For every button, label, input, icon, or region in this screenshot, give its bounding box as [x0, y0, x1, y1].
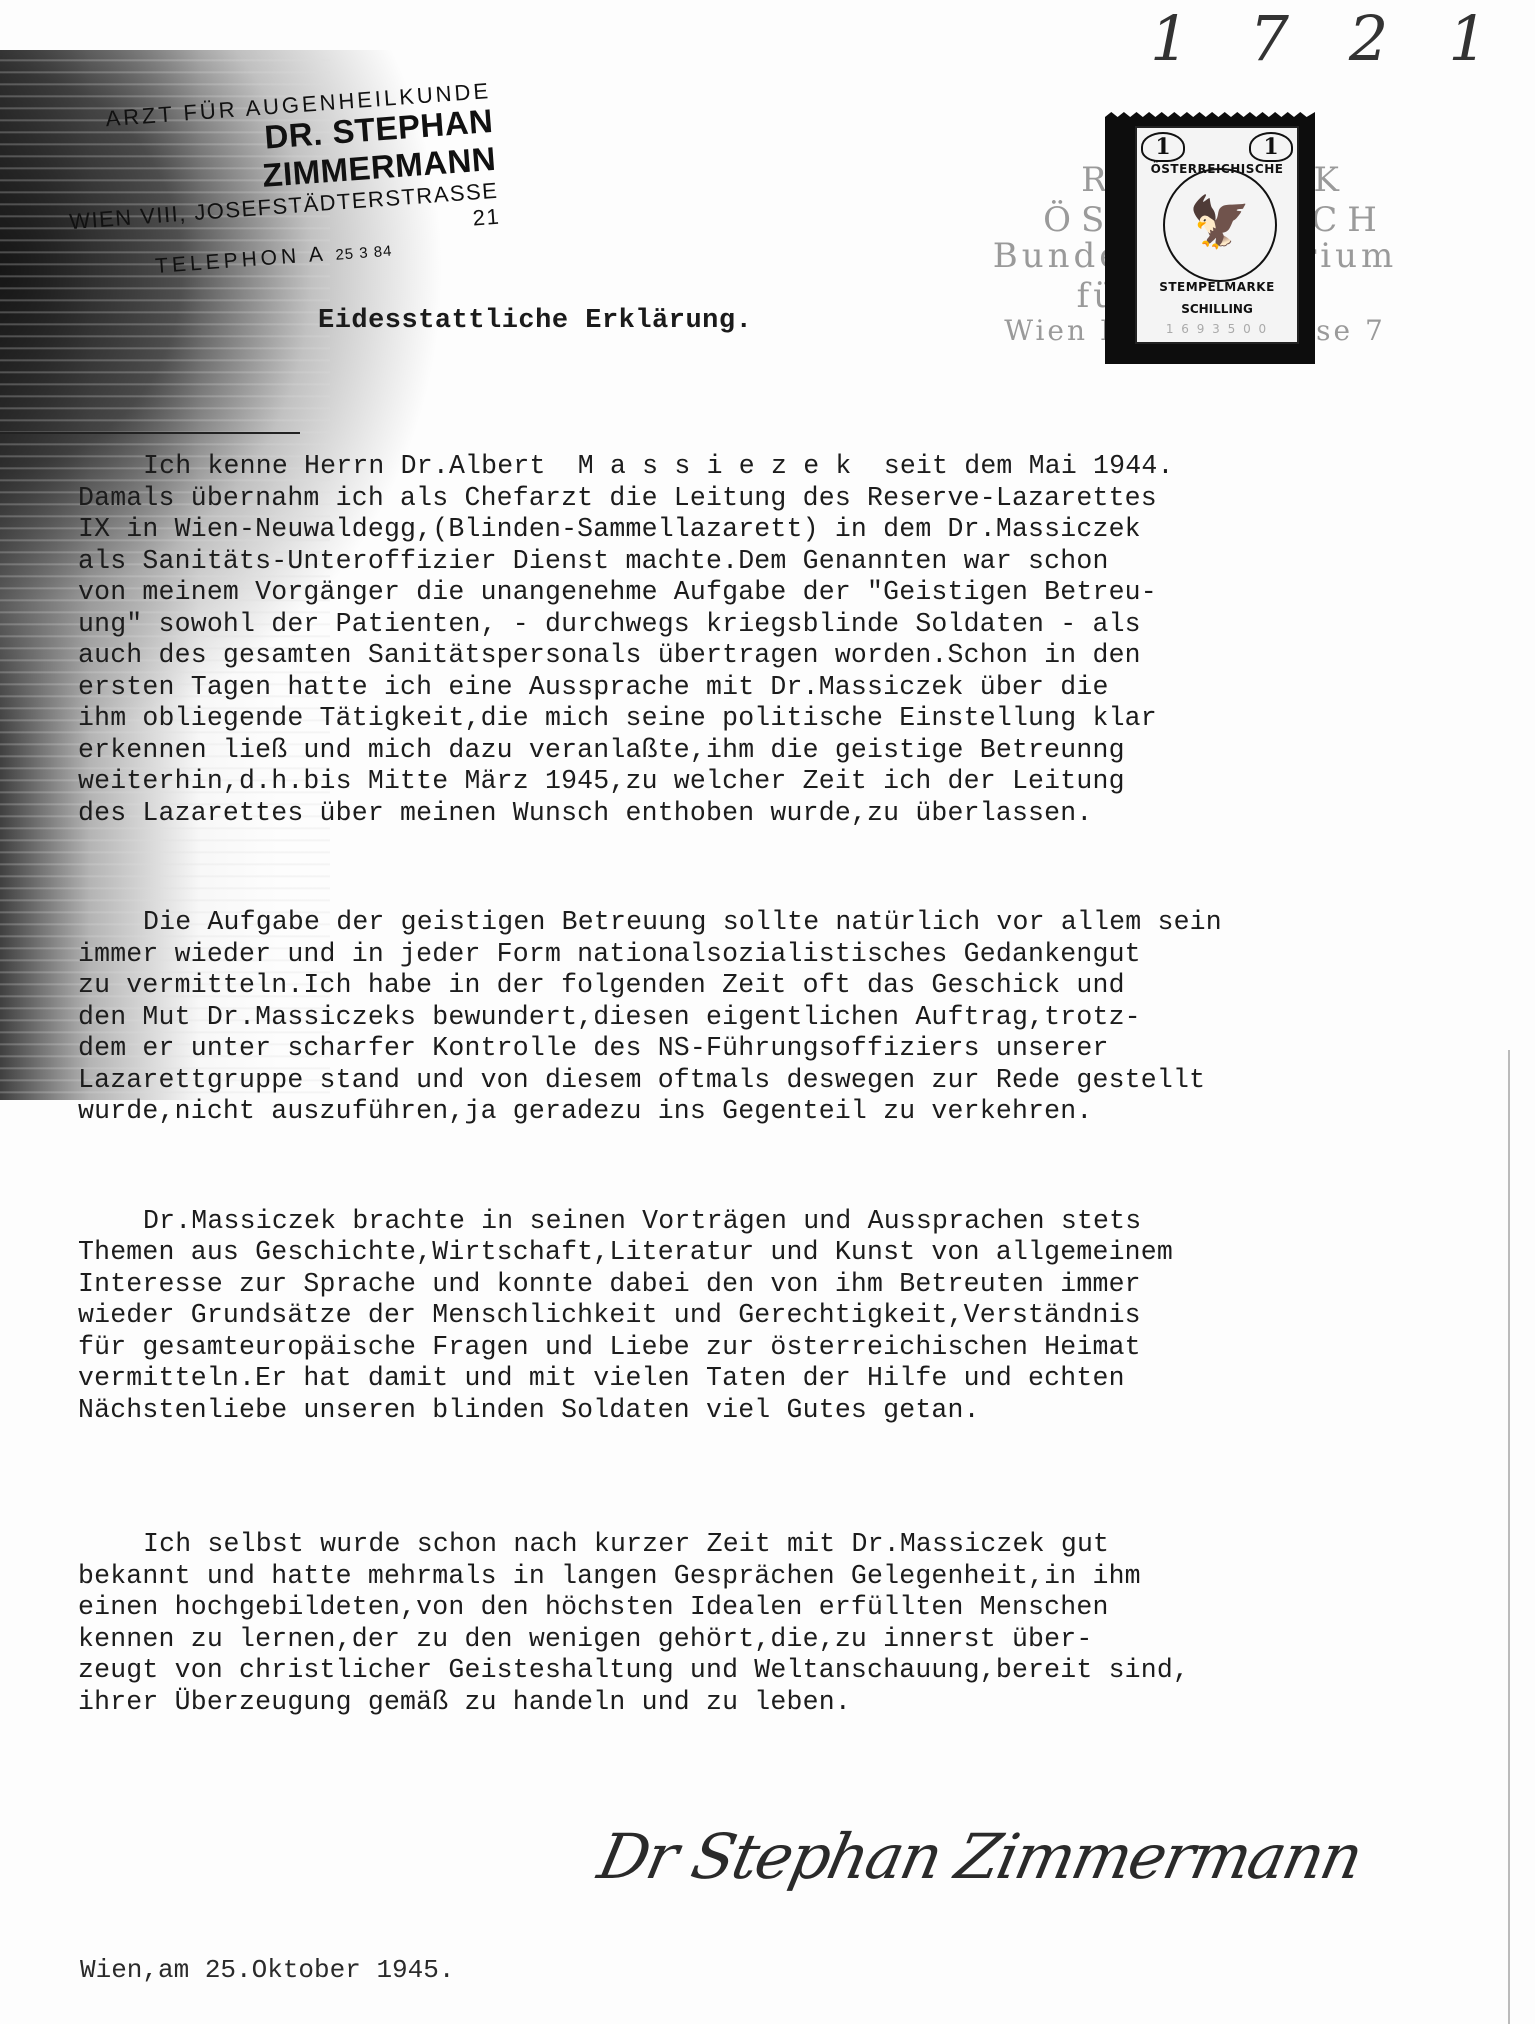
revenue-stamp: 1 1 ÖSTERREICHISCHE 🦅 STEMPELMARKE SCHIL…: [1105, 112, 1315, 364]
phone-number: 25 3 84: [335, 243, 393, 264]
text-line: Die Aufgabe der geistigen Betreuung soll…: [78, 907, 1498, 939]
page-edge-line: [1508, 1050, 1510, 2024]
document-title: Eidesstattliche Erklärung.: [318, 306, 752, 336]
text-line: IX in Wien-Neuwaldegg,(Blinden-Sammellaz…: [78, 514, 1498, 546]
folio-mark-2: 21: [1349, 2, 1535, 75]
handwritten-signature: Dr Stephan Zimmermann: [592, 1820, 1367, 1893]
text-line: vermitteln.Er hat damit und mit vielen T…: [78, 1363, 1498, 1395]
handwritten-folio-marks: 1721: [1150, 2, 1535, 75]
text-line: wieder Grundsätze der Menschlichkeit und…: [78, 1300, 1498, 1332]
stamp-serial: 1 6 9 3 5 0 0: [1137, 322, 1297, 336]
eagle-icon: 🦅: [1165, 192, 1275, 252]
text-line: Dr.Massiczek brachte in seinen Vorträgen…: [78, 1206, 1498, 1238]
text-line: als Sanitäts-Unteroffizier Dienst machte…: [78, 546, 1498, 578]
text-line: des Lazarettes über meinen Wunsch enthob…: [78, 798, 1498, 830]
text-line: ihm obliegende Tätigkeit,die mich seine …: [78, 703, 1498, 735]
text-line: Nächstenliebe unseren blinden Soldaten v…: [78, 1395, 1498, 1427]
text-line: Damals übernahm ich als Chefarzt die Lei…: [78, 483, 1498, 515]
text-line: von meinem Vorgänger die unangenehme Auf…: [78, 577, 1498, 609]
stamp-currency: SCHILLING: [1137, 302, 1297, 316]
document-body: Ich kenne Herrn Dr.Albert M a s s i e z …: [78, 388, 1498, 1750]
text-line: Lazarettgruppe stand und von diesem oftm…: [78, 1065, 1498, 1097]
stamp-value-left: 1: [1141, 132, 1185, 162]
text-line: ersten Tagen hatte ich eine Aussprache m…: [78, 672, 1498, 704]
text-line: zeugt von christlicher Geisteshaltung un…: [78, 1655, 1498, 1687]
paragraph-1: Ich kenne Herrn Dr.Albert M a s s i e z …: [78, 451, 1498, 829]
folio-mark-1: 17: [1150, 2, 1349, 75]
text-line: Interesse zur Sprache und konnte dabei d…: [78, 1269, 1498, 1301]
letterhead: ARZT FÜR AUGENHEILKUNDE DR. STEPHAN ZIMM…: [31, 78, 503, 287]
text-line: bekannt und hatte mehrmals in langen Ges…: [78, 1561, 1498, 1593]
text-line: weiterhin,d.h.bis Mitte März 1945,zu wel…: [78, 766, 1498, 798]
revenue-stamp-face: 1 1 ÖSTERREICHISCHE 🦅 STEMPELMARKE SCHIL…: [1135, 126, 1299, 344]
place-and-date: Wien,am 25.Oktober 1945.: [80, 1955, 454, 1985]
text-line: einen hochgebildeten,von den höchsten Id…: [78, 1592, 1498, 1624]
stamp-arc-bottom-text: STEMPELMARKE: [1137, 280, 1297, 294]
paragraph-4: Ich selbst wurde schon nach kurzer Zeit …: [78, 1529, 1498, 1718]
text-line: den Mut Dr.Massiczeks bewundert,diesen e…: [78, 1002, 1498, 1034]
text-line: für gesamteuropäische Fragen und Liebe z…: [78, 1332, 1498, 1364]
paragraph-3: Dr.Massiczek brachte in seinen Vorträgen…: [78, 1206, 1498, 1427]
paragraph-2: Die Aufgabe der geistigen Betreuung soll…: [78, 907, 1498, 1128]
text-line: auch des gesamten Sanitätspersonals über…: [78, 640, 1498, 672]
text-line: zu vermitteln.Ich habe in der folgenden …: [78, 970, 1498, 1002]
text-line: kennen zu lernen,der zu den wenigen gehö…: [78, 1624, 1498, 1656]
text-line: Ich kenne Herrn Dr.Albert M a s s i e z …: [78, 451, 1498, 483]
stamp-value-right: 1: [1249, 132, 1293, 162]
text-line: wurde,nicht auszuführen,ja geradezu ins …: [78, 1096, 1498, 1128]
text-line: ung" sowohl der Patienten, - durchwegs k…: [78, 609, 1498, 641]
text-line: erkennen ließ und mich dazu veranlaßte,i…: [78, 735, 1498, 767]
text-line: Themen aus Geschichte,Wirtschaft,Literat…: [78, 1237, 1498, 1269]
text-line: dem er unter scharfer Kontrolle des NS-F…: [78, 1033, 1498, 1065]
stamp-emblem-ring: 🦅: [1163, 168, 1277, 282]
text-line: immer wieder und in jeder Form nationals…: [78, 939, 1498, 971]
text-line: Ich selbst wurde schon nach kurzer Zeit …: [78, 1529, 1498, 1561]
text-line: ihrer Überzeugung gemäß zu handeln und z…: [78, 1687, 1498, 1719]
